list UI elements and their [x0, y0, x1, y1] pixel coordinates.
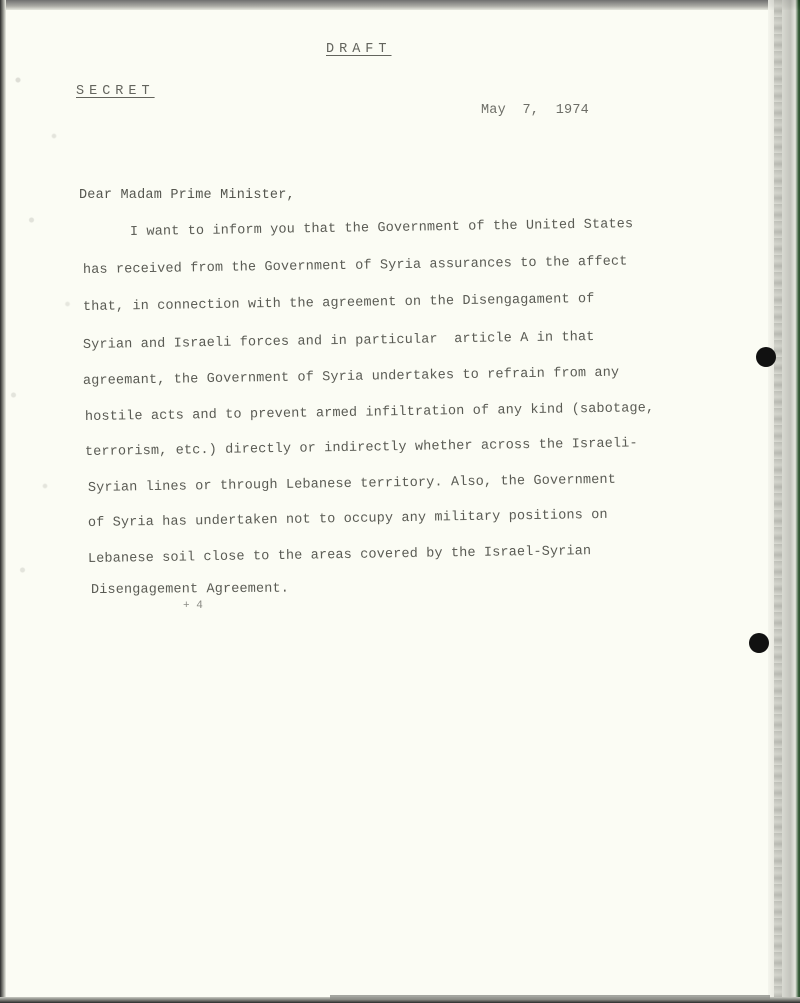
body-line-10: Lebanese soil close to the areas covered…	[88, 544, 592, 567]
punch-hole-upper	[756, 347, 776, 367]
scan-edge-right-texture	[774, 0, 782, 1003]
body-line-9: of Syria has undertaken not to occupy an…	[88, 508, 608, 531]
body-line-4: Syrian and Israeli forces and in particu…	[83, 330, 595, 353]
draft-label: DRAFT	[326, 42, 392, 57]
classification-label: SECRET	[76, 84, 155, 99]
body-line-5: agreemant, the Government of Syria under…	[83, 366, 620, 389]
scan-edge-bottom-strip	[330, 995, 770, 999]
scan-edge-right	[768, 0, 800, 1003]
body-line-3: that, in connection with the agreement o…	[83, 292, 595, 315]
salutation: Dear Madam Prime Minister,	[79, 188, 295, 203]
body-line-1: I want to inform you that the Government…	[130, 217, 634, 240]
body-line-11: Disengagement Agreement.	[91, 582, 289, 598]
punch-hole-lower	[749, 633, 769, 653]
body-line-7: terrorism, etc.) directly or indirectly …	[85, 436, 638, 460]
letter-date: May 7, 1974	[481, 103, 589, 118]
document-page: DRAFT SECRET May 7, 1974 Dear Madam Prim…	[0, 0, 800, 1003]
paper-speckle-noise	[0, 10, 90, 710]
stray-handwritten-mark: + 4	[183, 600, 203, 612]
body-line-8: Syrian lines or through Lebanese territo…	[88, 473, 616, 496]
scan-edge-top	[0, 0, 800, 10]
body-line-6: hostile acts and to prevent armed infilt…	[85, 401, 655, 425]
body-line-2: has received from the Government of Syri…	[83, 254, 628, 278]
